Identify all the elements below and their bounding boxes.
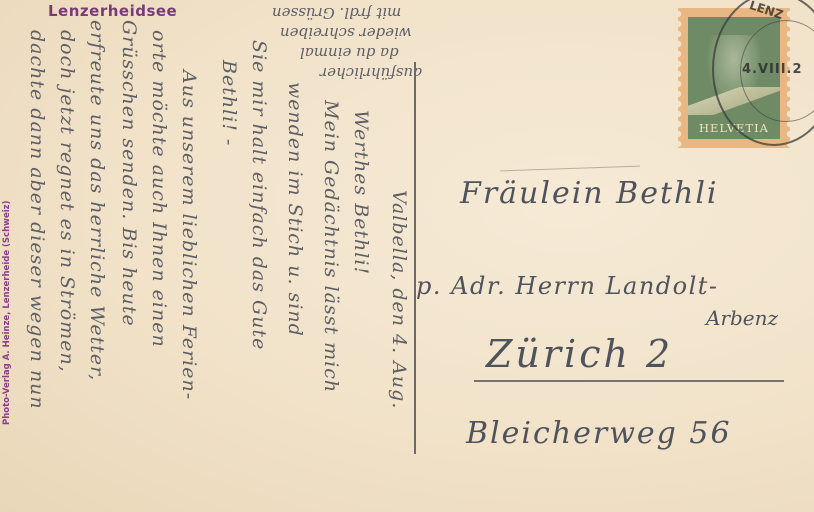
message-line: Aus unserem lieblichen Ferien- bbox=[178, 70, 200, 400]
postcard-back: Lenzerheidsee Photo-Verlag A. Heinze, Le… bbox=[0, 0, 814, 512]
message-top-line: da du einmal bbox=[300, 44, 399, 62]
care-of-line: p. Adr. Herrn Landolt- bbox=[416, 272, 719, 300]
message-top-line: mit frdl. Grüssen bbox=[272, 4, 401, 22]
message-line: Werthes Bethli! bbox=[350, 110, 372, 275]
city-line: Zürich 2 bbox=[486, 332, 673, 376]
message-line: Bethli! - bbox=[218, 60, 240, 146]
recipient-name: Fräulein Bethli bbox=[460, 176, 719, 211]
message-line: dachte dann aber dieser wegen nun bbox=[26, 30, 48, 410]
street-line: Bleicherweg 56 bbox=[466, 416, 732, 451]
message-line: Sie mir halt einfach das Gute bbox=[248, 40, 270, 350]
publisher-title: Lenzerheidsee bbox=[48, 2, 177, 20]
message-line: Mein Gedächtnis lässt mich bbox=[320, 100, 342, 393]
message-line: wenden im Stich u. sind bbox=[284, 82, 306, 337]
message-line: Valbella, den 4. Aug. bbox=[388, 190, 410, 409]
message-top-line: ausführlicher bbox=[320, 64, 422, 82]
publisher-credit: Photo-Verlag A. Heinze, Lenzerheide (Sch… bbox=[2, 201, 12, 426]
postmark-date: 4.VIII.2 bbox=[742, 62, 803, 77]
message-line: erfreute uns das herrliche Wetter, bbox=[86, 20, 108, 381]
message-line: orte möchte auch Ihnen einen bbox=[148, 30, 170, 348]
city-underline bbox=[474, 380, 784, 382]
center-divider bbox=[414, 62, 416, 454]
message-line: doch jetzt regnet es in Strömen, bbox=[56, 30, 78, 373]
care-of-line-continued: Arbenz bbox=[706, 306, 778, 330]
message-top-line: wieder schreiben bbox=[280, 24, 412, 42]
address-rule bbox=[500, 166, 640, 172]
message-line: Grüsschen senden. Bis heute bbox=[118, 20, 140, 327]
